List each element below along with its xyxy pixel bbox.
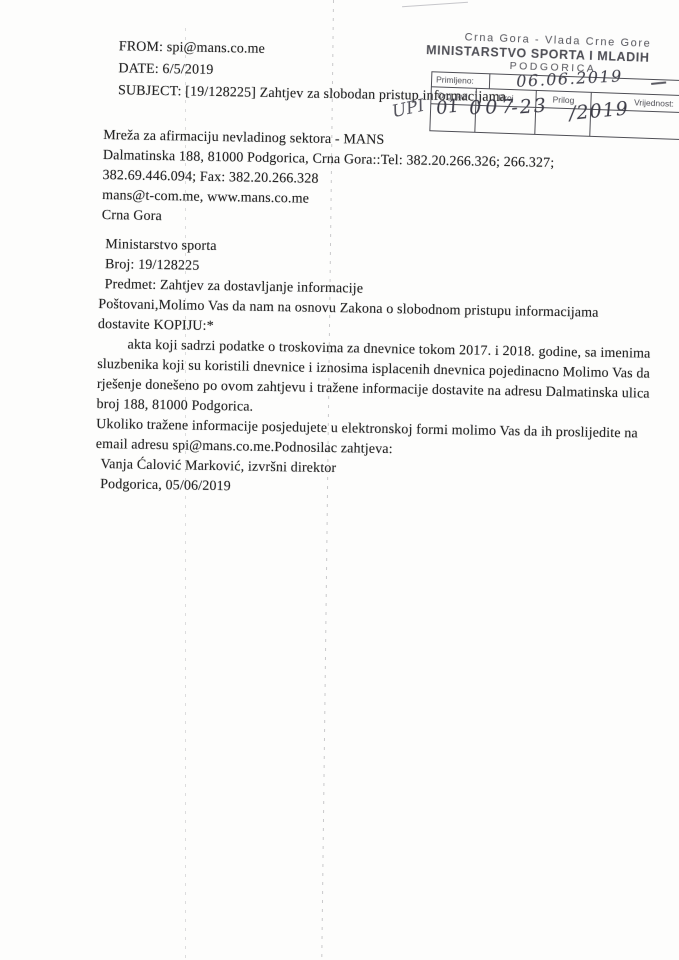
- main-block: Ministarstvo sporta Broj: 19/128225 Pred…: [95, 235, 675, 505]
- received-label-cell: Primljeno:: [432, 72, 490, 88]
- registry-stamp: Crna Gora - Vlada Crne Gore MINISTARSTVO…: [420, 26, 679, 167]
- scanned-letter-page: FROM: spi@mans.co.me DATE: 6/5/2019 SUBJ…: [0, 0, 679, 960]
- handwritten-prilog: -23: [511, 94, 549, 119]
- handwritten-org-jed: 01: [435, 96, 460, 120]
- scan-scratch: [402, 2, 468, 8]
